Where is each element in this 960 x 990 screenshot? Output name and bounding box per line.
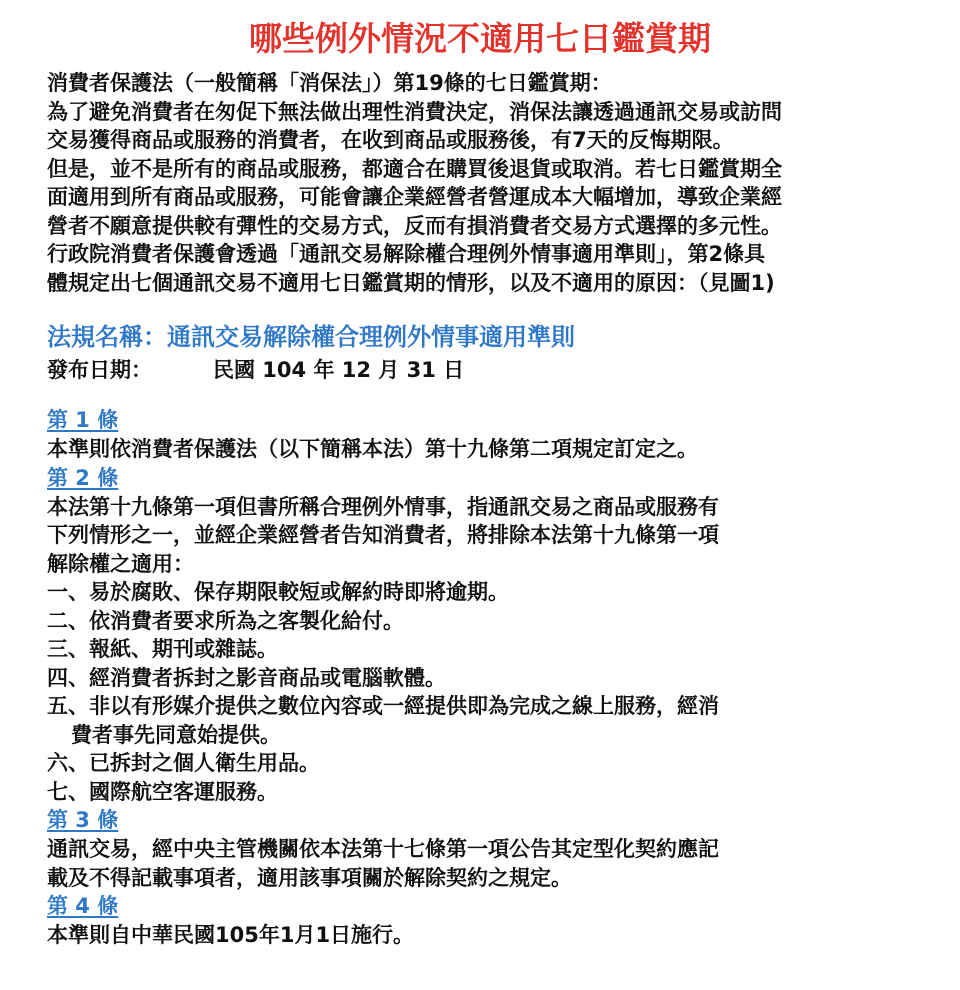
article-text: 本準則自中華民國105年1月1日施行。	[47, 921, 927, 950]
publish-date-label: 發布日期：	[47, 355, 213, 385]
regulation-name: 法規名稱：通訊交易解除權合理例外情事適用準則	[47, 320, 575, 354]
page-title: 哪些例外情況不適用七日鑑賞期	[0, 16, 960, 62]
intro-line: 面適用到所有商品或服務，可能會讓企業經營者營運成本大幅增加，導致企業經	[47, 183, 927, 212]
publish-date: 發布日期：民國 104 年 12 月 31 日	[47, 355, 464, 385]
list-item: 四、經消費者拆封之影音商品或電腦軟體。	[47, 664, 927, 693]
article-3-link[interactable]: 第 3 條	[47, 806, 118, 835]
article-text: 解除權之適用：	[47, 550, 927, 579]
list-item: 七、國際航空客運服務。	[47, 778, 927, 807]
list-item: 六、已拆封之個人衛生用品。	[47, 749, 927, 778]
intro-line: 但是，並不是所有的商品或服務，都適合在購買後退貨或取消。若七日鑑賞期全	[47, 155, 927, 184]
article-text: 本準則依消費者保護法（以下簡稱本法）第十九條第二項規定訂定之。	[47, 435, 927, 464]
article-4: 第 4 條 本準則自中華民國105年1月1日施行。	[47, 892, 927, 950]
publish-date-value: 民國 104 年 12 月 31 日	[213, 358, 464, 382]
intro-line: 消費者保護法（一般簡稱「消保法」）第19條的七日鑑賞期：	[47, 69, 927, 98]
article-1-link[interactable]: 第 1 條	[47, 406, 118, 435]
list-item-continuation: 費者事先同意始提供。	[47, 721, 927, 750]
article-text: 本法第十九條第一項但書所稱合理例外情事，指通訊交易之商品或服務有	[47, 493, 927, 522]
articles-section: 第 1 條 本準則依消費者保護法（以下簡稱本法）第十九條第二項規定訂定之。 第 …	[47, 406, 927, 950]
intro-line: 行政院消費者保護會透過「通訊交易解除權合理例外情事適用準則」，第2條具	[47, 240, 927, 269]
intro-line: 營者不願意提供較有彈性的交易方式，反而有損消費者交易方式選擇的多元性。	[47, 212, 927, 241]
intro-line: 交易獲得商品或服務的消費者，在收到商品或服務後，有7天的反悔期限。	[47, 126, 927, 155]
list-item: 一、易於腐敗、保存期限較短或解約時即將逾期。	[47, 578, 927, 607]
article-2: 第 2 條 本法第十九條第一項但書所稱合理例外情事，指通訊交易之商品或服務有 下…	[47, 464, 927, 807]
list-item: 二、依消費者要求所為之客製化給付。	[47, 607, 927, 636]
article-1: 第 1 條 本準則依消費者保護法（以下簡稱本法）第十九條第二項規定訂定之。	[47, 406, 927, 464]
article-text: 通訊交易，經中央主管機關依本法第十七條第一項公告其定型化契約應記	[47, 835, 927, 864]
article-text: 下列情形之一，並經企業經營者告知消費者，將排除本法第十九條第一項	[47, 521, 927, 550]
intro-line: 體規定出七個通訊交易不適用七日鑑賞期的情形，以及不適用的原因：（見圖1)	[47, 269, 927, 298]
intro-line: 為了避免消費者在匆促下無法做出理性消費決定，消保法讓透過通訊交易或訪問	[47, 98, 927, 127]
list-item: 五、非以有形媒介提供之數位內容或一經提供即為完成之線上服務，經消	[47, 692, 927, 721]
intro-paragraph: 消費者保護法（一般簡稱「消保法」）第19條的七日鑑賞期： 為了避免消費者在匆促下…	[47, 69, 927, 297]
document-page: 哪些例外情況不適用七日鑑賞期 消費者保護法（一般簡稱「消保法」）第19條的七日鑑…	[0, 0, 960, 990]
article-text: 載及不得記載事項者，適用該事項關於解除契約之規定。	[47, 864, 927, 893]
article-2-link[interactable]: 第 2 條	[47, 464, 118, 493]
article-3: 第 3 條 通訊交易，經中央主管機關依本法第十七條第一項公告其定型化契約應記 載…	[47, 806, 927, 892]
article-4-link[interactable]: 第 4 條	[47, 892, 118, 921]
list-item: 三、報紙、期刊或雜誌。	[47, 635, 927, 664]
